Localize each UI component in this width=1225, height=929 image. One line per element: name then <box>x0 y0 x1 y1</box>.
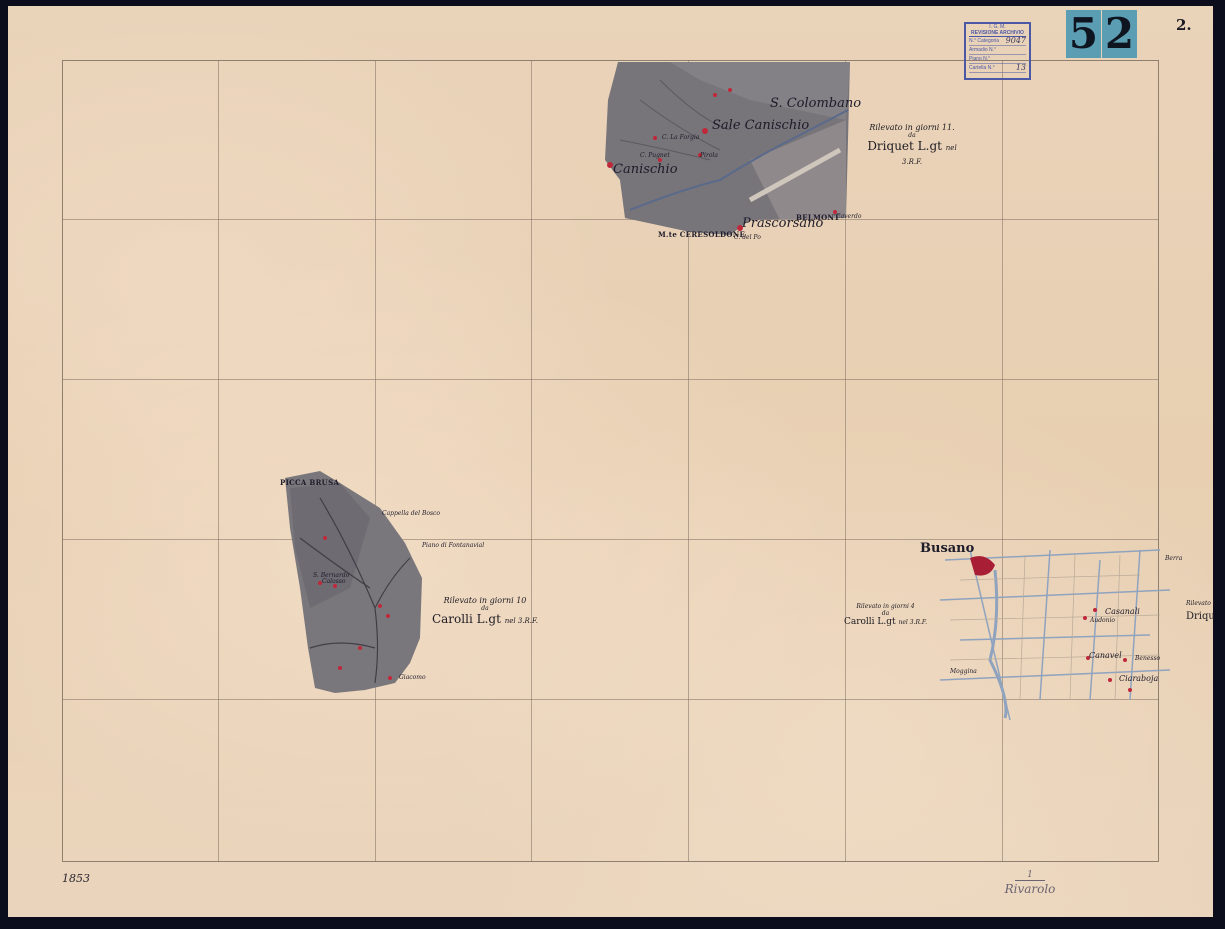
place-label: Calosso <box>322 578 345 585</box>
stamp-row: Armadio N.° <box>969 46 1026 55</box>
survey-note-west: Rilevato in giorni 10 da Carolli L.gt ne… <box>425 596 545 626</box>
map-fragment-east <box>940 540 1170 720</box>
place-label: Berra <box>1165 555 1182 562</box>
sheet-number-label: 5 2 <box>1066 10 1137 58</box>
year-label: 1853 <box>62 872 90 885</box>
place-label: M.te CERESOLDONE <box>658 230 745 239</box>
place-label: Benesso <box>1135 655 1160 662</box>
place-label: C. Pugnet <box>640 152 670 159</box>
place-label: Sale Canischio <box>712 118 809 133</box>
survey-note-east: Rilevato in giorni 4 da Carolli L.gt nel… <box>838 603 933 627</box>
place-label: BELMONT <box>796 213 840 222</box>
place-label: Pirola <box>700 152 718 159</box>
place-label: Ciaraboja <box>1119 674 1158 683</box>
archive-stamp: I. G. M. REVISIONE ARCHIVIO N.° Categori… <box>964 22 1031 80</box>
sheet-number-digit: 5 <box>1066 10 1101 58</box>
stamp-row: N.° Categoria9047 <box>969 37 1026 46</box>
place-label: S. Colombano <box>770 96 861 111</box>
place-label: Caverdo <box>836 213 861 220</box>
grid-line <box>218 60 219 862</box>
place-label: Busano <box>920 541 974 556</box>
place-label: Piano di Fontanavial <box>422 542 484 549</box>
place-label: Giacomo <box>399 674 426 681</box>
place-label: C. La Forgia <box>662 134 699 141</box>
place-label: Canavel <box>1089 651 1122 660</box>
stamp-row: Cartella N.°13 <box>969 64 1026 73</box>
place-label: Canischio <box>613 162 678 177</box>
place-label: Casanali <box>1105 607 1140 616</box>
grid-line <box>1002 60 1003 862</box>
place-label: C. del Po <box>734 234 761 241</box>
place-label: Audonio <box>1090 617 1115 624</box>
survey-note-edge: Rilevato i Driqu <box>1186 600 1225 622</box>
map-fragment-west <box>280 468 430 698</box>
place-label: Moggina <box>950 668 977 675</box>
place-label: PICCA BRUSA <box>280 478 339 487</box>
sheet-number-digit: 2 <box>1102 10 1137 58</box>
grid-line <box>62 379 1159 380</box>
survey-note-north: Rilevato in giorni 11. da Driquet L.gt n… <box>862 123 962 167</box>
handwritten-note: 1 Rivarolo <box>1000 870 1060 896</box>
grid-line <box>531 60 532 862</box>
grid-line <box>375 60 376 862</box>
place-label: Cappella del Bosco <box>382 510 440 517</box>
corner-number: 2. <box>1176 16 1192 34</box>
